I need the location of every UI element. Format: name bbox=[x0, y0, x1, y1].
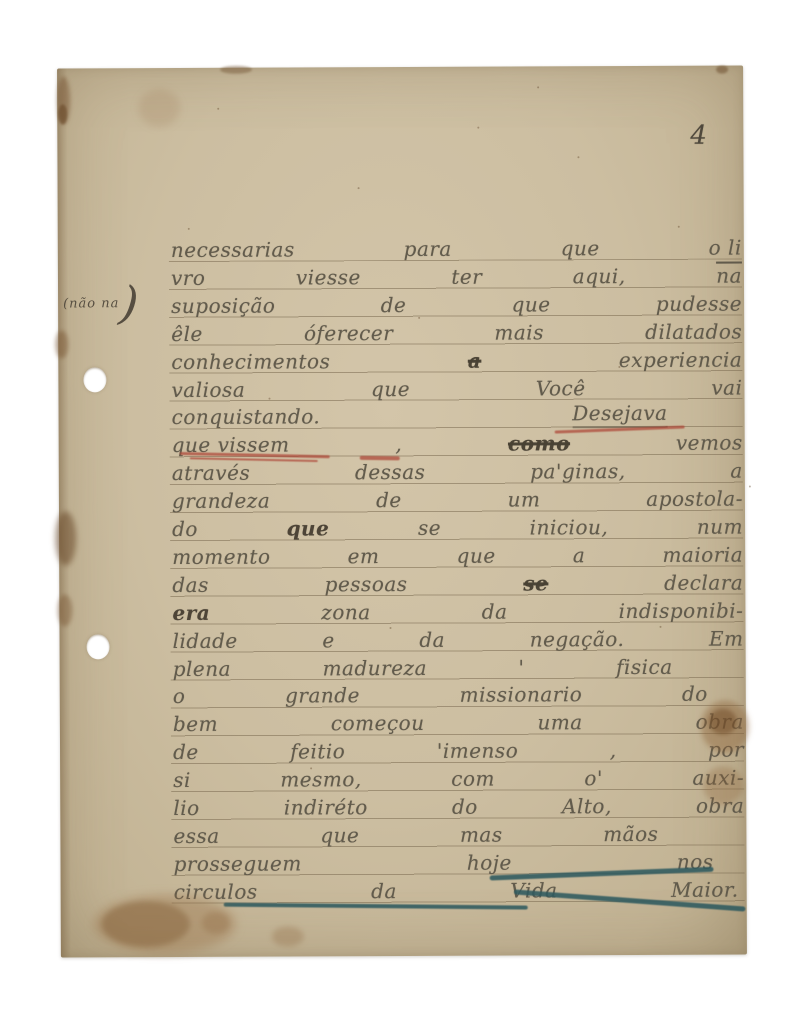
word: conhecimentos bbox=[171, 348, 330, 375]
stain bbox=[272, 926, 304, 946]
word: Você bbox=[536, 375, 586, 401]
manuscript-line: conquistando.Desejava bbox=[172, 402, 668, 430]
word: plena bbox=[173, 655, 231, 681]
stain bbox=[703, 767, 743, 805]
word: um bbox=[508, 486, 541, 512]
word: Alto, bbox=[562, 793, 612, 819]
word: vai bbox=[711, 374, 742, 400]
word: do bbox=[452, 794, 478, 820]
word: de bbox=[376, 487, 402, 513]
stain bbox=[55, 330, 68, 358]
word: experiencia bbox=[619, 346, 743, 373]
stain bbox=[58, 104, 67, 124]
word: das bbox=[172, 572, 209, 598]
manuscript-line: êleóferecermaisdilatados bbox=[171, 318, 742, 346]
stain bbox=[716, 66, 728, 74]
speck bbox=[358, 187, 360, 189]
manuscript-line: bemcomeçouumaobra bbox=[173, 709, 744, 737]
manuscript-line: simesmo,como'auxi- bbox=[173, 765, 744, 793]
word: dessas bbox=[355, 459, 425, 485]
word: lio bbox=[173, 795, 199, 821]
red-dash-after-vissem bbox=[360, 456, 400, 461]
word: a bbox=[573, 542, 586, 568]
word: declara bbox=[664, 569, 743, 595]
manuscript-page: 4 (não na ) necessariasparaqueo livrovie… bbox=[57, 66, 747, 958]
speck bbox=[618, 366, 620, 368]
word: missionario bbox=[460, 682, 583, 709]
word: negação. bbox=[530, 626, 625, 652]
speck bbox=[418, 317, 420, 319]
speck bbox=[310, 767, 312, 769]
speck bbox=[577, 156, 579, 158]
word: num bbox=[697, 514, 743, 540]
word: pessoas bbox=[325, 571, 408, 597]
word: através bbox=[172, 460, 250, 486]
word: zona bbox=[321, 599, 371, 625]
word: de bbox=[381, 292, 407, 318]
word: indisponibi- bbox=[619, 597, 744, 624]
word: ter bbox=[451, 264, 482, 290]
manuscript-line: daspessoassedeclara bbox=[172, 569, 743, 597]
word: do bbox=[682, 681, 708, 707]
speck bbox=[660, 626, 662, 628]
word: aqui, bbox=[573, 263, 626, 289]
word: era bbox=[172, 600, 210, 626]
word: bem bbox=[173, 711, 218, 737]
word: essa bbox=[173, 823, 219, 849]
word: a bbox=[468, 347, 482, 373]
manuscript-line: conhecimentosaexperiencia bbox=[171, 346, 742, 374]
word: lidade bbox=[173, 627, 238, 653]
manuscript-line: grandezadeumapostola- bbox=[172, 486, 743, 514]
word: Desejava bbox=[572, 400, 667, 428]
word: conquistando. bbox=[172, 404, 321, 431]
word: na bbox=[716, 262, 742, 288]
word: vro bbox=[171, 265, 206, 291]
word: que bbox=[286, 515, 329, 541]
manuscript-line: lioindirétodoAlto,obra bbox=[173, 793, 744, 821]
word: 'imenso bbox=[437, 738, 519, 764]
manuscript-line: necessariasparaqueo li bbox=[171, 235, 742, 263]
manuscript-line: essaquemasmãos bbox=[173, 821, 658, 849]
word: prosseguem bbox=[173, 850, 301, 877]
speck bbox=[390, 627, 392, 629]
word: indiréto bbox=[284, 794, 368, 820]
speck bbox=[749, 485, 751, 487]
word: o li bbox=[709, 235, 742, 261]
word: vemos bbox=[676, 430, 743, 456]
handwritten-text: necessariasparaqueo livroviesseteraqui,n… bbox=[57, 66, 747, 958]
word: êle bbox=[171, 321, 203, 347]
word: que bbox=[512, 291, 551, 317]
word: em bbox=[348, 543, 380, 569]
word: Maior. bbox=[671, 876, 739, 902]
speck bbox=[269, 398, 271, 400]
stain bbox=[102, 901, 190, 947]
word: dilatados bbox=[645, 318, 742, 344]
word: si bbox=[173, 767, 191, 793]
word: e bbox=[322, 627, 334, 653]
word: com bbox=[451, 766, 495, 792]
word: a bbox=[730, 458, 743, 484]
word: suposição bbox=[171, 292, 275, 318]
word: grandeza bbox=[172, 488, 270, 514]
speck bbox=[188, 228, 190, 230]
word: necessarias bbox=[171, 236, 295, 263]
word: fisica bbox=[616, 653, 673, 679]
word: da bbox=[482, 598, 508, 624]
word: o bbox=[173, 683, 186, 709]
word: maioria bbox=[662, 541, 743, 567]
speck bbox=[537, 86, 539, 88]
stain bbox=[55, 511, 76, 565]
word: mãos bbox=[603, 821, 658, 847]
speck bbox=[698, 366, 700, 368]
manuscript-line: ograndemissionariodo bbox=[173, 681, 708, 709]
speck bbox=[678, 226, 680, 228]
stain bbox=[709, 709, 737, 735]
manuscript-line: suposiçãodequepudesse bbox=[171, 290, 742, 318]
word: da bbox=[419, 626, 445, 652]
word: como bbox=[508, 431, 570, 457]
word: que bbox=[320, 822, 359, 848]
word: o' bbox=[584, 765, 603, 791]
word: valiosa bbox=[171, 376, 245, 402]
word: uma bbox=[537, 710, 582, 736]
speck bbox=[477, 127, 479, 129]
stain bbox=[138, 89, 180, 127]
word: , bbox=[610, 737, 617, 763]
word: que bbox=[371, 375, 410, 401]
word: começou bbox=[331, 710, 425, 736]
stain bbox=[202, 912, 230, 934]
word: madureza bbox=[322, 654, 427, 680]
word: se bbox=[523, 570, 548, 596]
word: pudesse bbox=[656, 290, 742, 316]
word: feitio bbox=[290, 738, 345, 764]
word: momento bbox=[172, 543, 270, 569]
word: para bbox=[404, 236, 452, 262]
manuscript-line: plenamadureza'fisica bbox=[173, 653, 673, 681]
manuscript-line: vroviesseteraqui,na bbox=[171, 262, 742, 290]
word: do bbox=[172, 516, 198, 542]
stain bbox=[57, 594, 72, 626]
word: mesmo, bbox=[280, 766, 362, 792]
manuscript-line: valiosaqueVocêvai bbox=[171, 374, 742, 402]
manuscript-line: lidadeedanegação.Em bbox=[173, 625, 744, 653]
manuscript-line: defeitio'imenso,por bbox=[173, 737, 744, 765]
manuscript-line: momentoemqueamaioria bbox=[172, 541, 743, 569]
word: viesse bbox=[296, 264, 361, 290]
word: iniciou, bbox=[530, 514, 609, 540]
manuscript-line: doqueseiniciou,num bbox=[172, 514, 743, 542]
word: pa'ginas, bbox=[530, 458, 625, 484]
manuscript-line: erazonadaindisponibi- bbox=[172, 597, 743, 625]
word: da bbox=[371, 878, 397, 904]
word: que bbox=[457, 542, 496, 568]
word: hoje bbox=[467, 849, 512, 875]
word: ' bbox=[518, 654, 524, 680]
word: Em bbox=[709, 625, 744, 651]
word: mais bbox=[494, 319, 544, 345]
word: de bbox=[173, 739, 199, 765]
word: , bbox=[395, 431, 402, 457]
word: que bbox=[561, 235, 600, 261]
manuscript-line: atravésdessaspa'ginas,a bbox=[172, 458, 743, 486]
word: óferecer bbox=[304, 320, 393, 346]
word: grande bbox=[285, 683, 360, 709]
word: se bbox=[418, 515, 441, 541]
speck bbox=[217, 108, 219, 110]
word: mas bbox=[460, 821, 503, 847]
word: apostola- bbox=[646, 486, 743, 512]
